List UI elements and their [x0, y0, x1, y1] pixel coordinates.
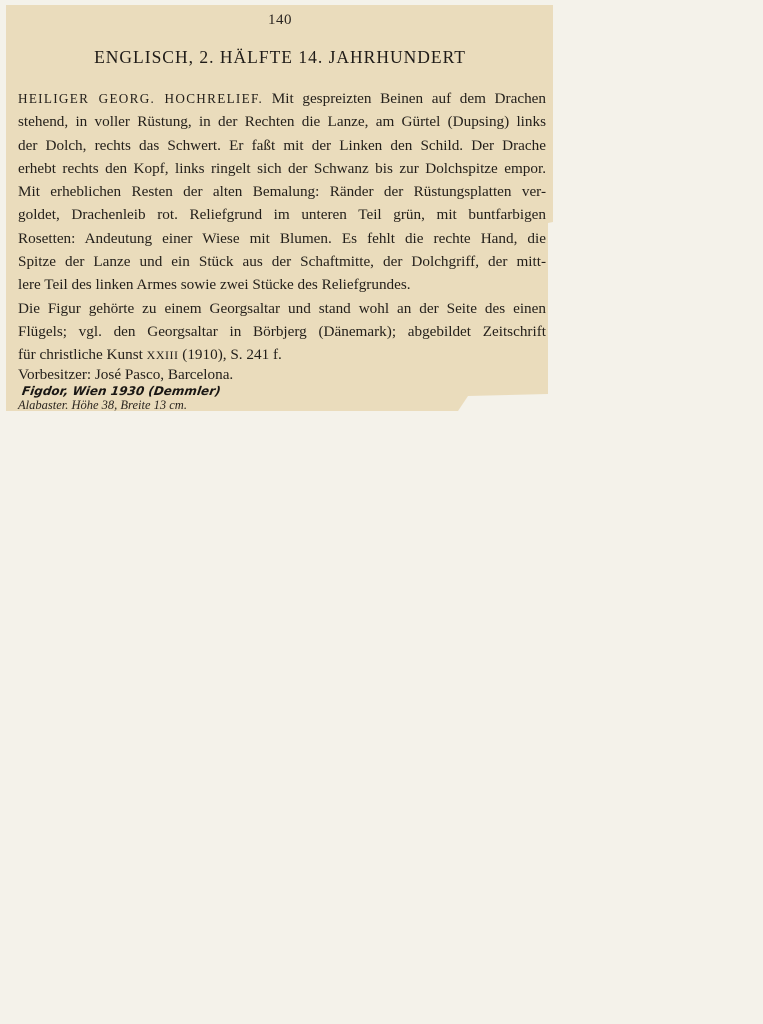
handwritten-note: Figdor, Wien 1930 (Demmler): [21, 384, 222, 398]
entry-description: HEILIGER GEORG. HOCHRELIEF. Mit gespreiz…: [18, 87, 546, 368]
description-line: stehend, in voller Rüstung, in der Recht…: [18, 110, 546, 133]
description-line: Mit erheblichen Resten der alten Bemalun…: [18, 180, 546, 203]
citation-line: für christliche Kunst XXIII (1910), S. 2…: [18, 343, 546, 367]
citation-volume: XXIII: [147, 348, 179, 362]
provenance-line: Die Figur gehörte zu einem Georgsaltar u…: [18, 297, 546, 320]
page-number: 140: [6, 12, 554, 29]
section-heading: ENGLISCH, 2. HÄLFTE 14. JAHRHUNDERT: [6, 47, 554, 68]
description-line: HEILIGER GEORG. HOCHRELIEF. Mit gespreiz…: [18, 87, 546, 110]
description-line: Rosetten: Andeutung einer Wiese mit Blum…: [18, 227, 546, 250]
provenance-line: Flügels; vgl. den Georgsaltar in Börbjer…: [18, 320, 546, 343]
previous-owner: Vorbesitzer: José Pasco, Barcelona.: [18, 366, 233, 384]
description-line: Spitze der Lanze und ein Stück aus der S…: [18, 250, 546, 273]
description-line: goldet, Drachenleib rot. Reliefgrund im …: [18, 203, 546, 226]
description-line: lere Teil des linken Armes sowie zwei St…: [18, 273, 546, 296]
material-dimensions: Alabaster. Höhe 38, Breite 13 cm.: [18, 398, 187, 413]
entry-title: HEILIGER GEORG. HOCHRELIEF.: [18, 91, 263, 106]
description-line: der Dolch, rechts das Schwert. Er faßt m…: [18, 134, 546, 157]
catalog-clipping: 140 ENGLISCH, 2. HÄLFTE 14. JAHRHUNDERT …: [6, 5, 554, 411]
description-line: erhebt rechts den Kopf, links ringelt si…: [18, 157, 546, 180]
